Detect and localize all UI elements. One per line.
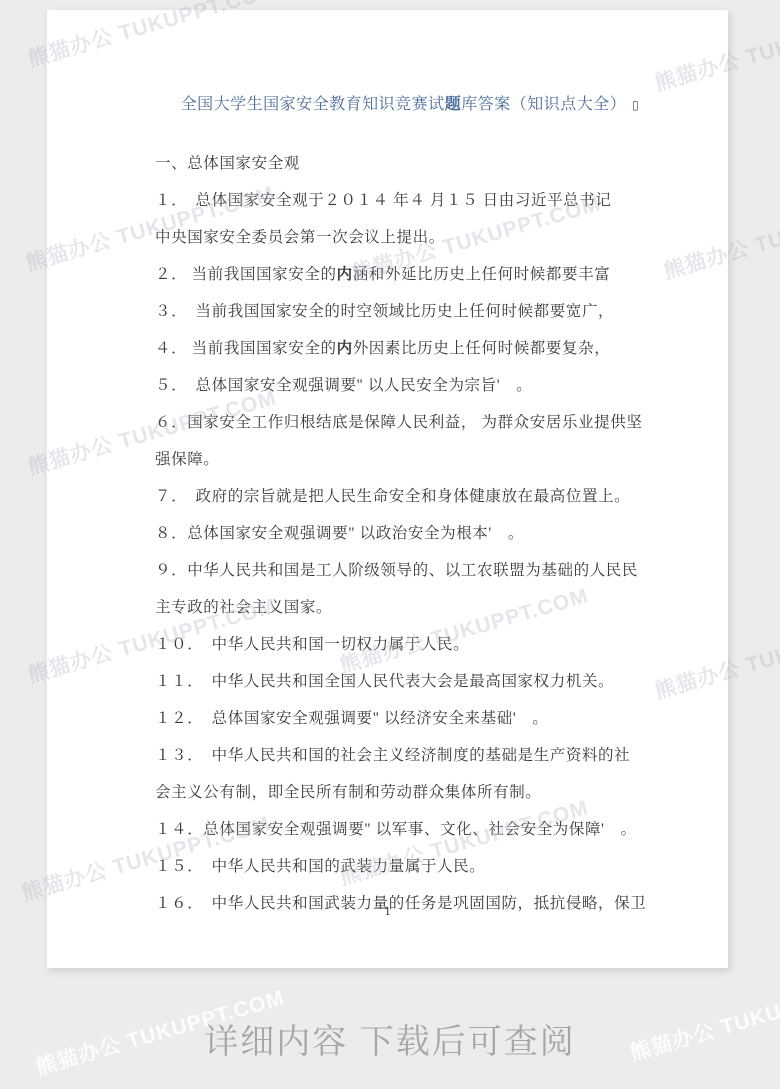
- text-run: 内: [337, 340, 353, 357]
- paragraph: ３． 当前我国国家安全的时空领域比历史上任何时候都要宽广，: [155, 293, 658, 330]
- text-run: 全国大学生国家安全教育知识竞赛试: [181, 96, 445, 113]
- paragraph-line: 强保障。: [155, 441, 658, 478]
- download-hint-caption: 详细内容 下载后可查阅: [0, 1022, 780, 1062]
- paragraph-line: １３． 中华人民共和国的社会主义经济制度的基础是生产资料的社: [155, 737, 658, 774]
- paragraph-line: １１． 中华人民共和国全国人民代表大会是最高国家权力机关。: [155, 663, 658, 700]
- paragraph: ５． 总体国家安全观强调要" 以人民安全为宗旨' 。: [155, 367, 658, 404]
- text-run: 题: [445, 96, 462, 113]
- paragraph: １５． 中华人民共和国的武装力量属于人民。: [155, 848, 658, 885]
- text-run: 内: [337, 266, 353, 283]
- paragraph-line: ５． 总体国家安全观强调要" 以人民安全为宗旨' 。: [155, 367, 658, 404]
- doc-paragraphs: １． 总体国家安全观于２０１４ 年４ 月１５ 日由习近平总书记中央国家安全委员会…: [155, 182, 658, 922]
- text-run: １１． 中华人民共和国全国人民代表大会是最高国家权力机关。: [155, 673, 614, 690]
- paragraph: １４．总体国家安全观强调要" 以军事、文化、社会安全为保障' 。: [155, 811, 658, 848]
- paragraph-line: ７． 政府的宗旨就是把人民生命安全和身体健康放在最高位置上。: [155, 478, 658, 515]
- text-run: １５． 中华人民共和国的武装力量属于人民。: [155, 858, 485, 875]
- paragraph: ６．国家安全工作归根结底是保障人民利益， 为群众安居乐业提供坚强保障。: [155, 404, 658, 478]
- document-page: 全国大学生国家安全教育知识竞赛试题库答案（知识点大全）▯ 一、总体国家安全观 １…: [47, 10, 728, 968]
- paragraph-line: １． 总体国家安全观于２０１４ 年４ 月１５ 日由习近平总书记: [155, 182, 658, 219]
- page-number: 1: [47, 903, 728, 919]
- text-run: ６．国家安全工作归根结底是保障人民利益， 为群众安居乐业提供坚: [155, 414, 642, 431]
- preview-canvas: 全国大学生国家安全教育知识竞赛试题库答案（知识点大全）▯ 一、总体国家安全观 １…: [0, 0, 780, 1089]
- paragraph-line: ４． 当前我国国家安全的内外因素比历史上任何时候都要复杂，: [155, 330, 658, 367]
- text-run: ３． 当前我国国家安全的时空领域比历史上任何时候都要宽广，: [155, 303, 614, 320]
- text-run: ８．总体国家安全观强调要" 以政治安全为根本' 。: [155, 525, 524, 542]
- text-run: １． 总体国家安全观于２０１４ 年４ 月１５ 日由习近平总书记: [155, 192, 611, 209]
- document-body: 一、总体国家安全观 １． 总体国家安全观于２０１４ 年４ 月１５ 日由习近平总书…: [155, 145, 658, 922]
- paragraph-line: ３． 当前我国国家安全的时空领域比历史上任何时候都要宽广，: [155, 293, 658, 330]
- document-title: 全国大学生国家安全教育知识竞赛试题库答案（知识点大全）▯: [175, 95, 645, 115]
- text-run: １４．总体国家安全观强调要" 以军事、文化、社会安全为保障' 。: [155, 821, 637, 838]
- text-run: 外因素比历史上任何时候都要复杂，: [353, 340, 611, 357]
- paragraph-line: ８．总体国家安全观强调要" 以政治安全为根本' 。: [155, 515, 658, 552]
- paragraph: １． 总体国家安全观于２０１４ 年４ 月１５ 日由习近平总书记中央国家安全委员会…: [155, 182, 658, 256]
- text-run: ７． 政府的宗旨就是把人民生命安全和身体健康放在最高位置上。: [155, 488, 630, 505]
- paragraph-line: １４．总体国家安全观强调要" 以军事、文化、社会安全为保障' 。: [155, 811, 658, 848]
- paragraph-line: ２． 当前我国国家安全的内涵和外延比历史上任何时候都要丰富: [155, 256, 658, 293]
- paragraph-line: １２． 总体国家安全观强调要" 以经济安全来基础' 。: [155, 700, 658, 737]
- text-run: 强保障。: [155, 451, 219, 468]
- section-heading: 一、总体国家安全观: [155, 145, 658, 182]
- paragraph: ８．总体国家安全观强调要" 以政治安全为根本' 。: [155, 515, 658, 552]
- paragraph-line: 中央国家安全委员会第一次会议上提出。: [155, 219, 658, 256]
- text-run: ４． 当前我国国家安全的: [155, 340, 337, 357]
- paragraph-line: 主专政的社会主义国家。: [155, 589, 658, 626]
- paragraph-line: 会主义公有制，即全民所有制和劳动群众集体所有制。: [155, 774, 658, 811]
- paragraph: ７． 政府的宗旨就是把人民生命安全和身体健康放在最高位置上。: [155, 478, 658, 515]
- paragraph: １０． 中华人民共和国一切权力属于人民。: [155, 626, 658, 663]
- text-run: ５． 总体国家安全观强调要" 以人民安全为宗旨' 。: [155, 377, 532, 394]
- text-run: 涵和外延比历史上任何时候都要丰富: [353, 266, 611, 283]
- paragraph: ９．中华人民共和国是工人阶级领导的、以工农联盟为基础的人民民主专政的社会主义国家…: [155, 552, 658, 626]
- text-run: １３． 中华人民共和国的社会主义经济制度的基础是生产资料的社: [155, 747, 630, 764]
- text-run: ９．中华人民共和国是工人阶级领导的、以工农联盟为基础的人民民: [155, 562, 638, 579]
- paragraph: １１． 中华人民共和国全国人民代表大会是最高国家权力机关。: [155, 663, 658, 700]
- text-run: 主专政的社会主义国家。: [155, 599, 332, 616]
- missing-glyph-box: ▯: [632, 98, 639, 112]
- text-run: 中央国家安全委员会第一次会议上提出。: [155, 229, 445, 246]
- paragraph: ４． 当前我国国家安全的内外因素比历史上任何时候都要复杂，: [155, 330, 658, 367]
- paragraph: １２． 总体国家安全观强调要" 以经济安全来基础' 。: [155, 700, 658, 737]
- paragraph: １３． 中华人民共和国的社会主义经济制度的基础是生产资料的社会主义公有制，即全民…: [155, 737, 658, 811]
- paragraph-line: １０． 中华人民共和国一切权力属于人民。: [155, 626, 658, 663]
- text-run: 库答案（知识点大全）: [461, 96, 626, 113]
- document-title-text: 全国大学生国家安全教育知识竞赛试题库答案（知识点大全）: [181, 96, 627, 113]
- text-run: ２． 当前我国国家安全的: [155, 266, 337, 283]
- paragraph-line: １５． 中华人民共和国的武装力量属于人民。: [155, 848, 658, 885]
- text-run: 会主义公有制，即全民所有制和劳动群众集体所有制。: [155, 784, 541, 801]
- text-run: １２． 总体国家安全观强调要" 以经济安全来基础' 。: [155, 710, 548, 727]
- paragraph: ２． 当前我国国家安全的内涵和外延比历史上任何时候都要丰富: [155, 256, 658, 293]
- paragraph-line: ９．中华人民共和国是工人阶级领导的、以工农联盟为基础的人民民: [155, 552, 658, 589]
- text-run: １０． 中华人民共和国一切权力属于人民。: [155, 636, 469, 653]
- paragraph-line: ６．国家安全工作归根结底是保障人民利益， 为群众安居乐业提供坚: [155, 404, 658, 441]
